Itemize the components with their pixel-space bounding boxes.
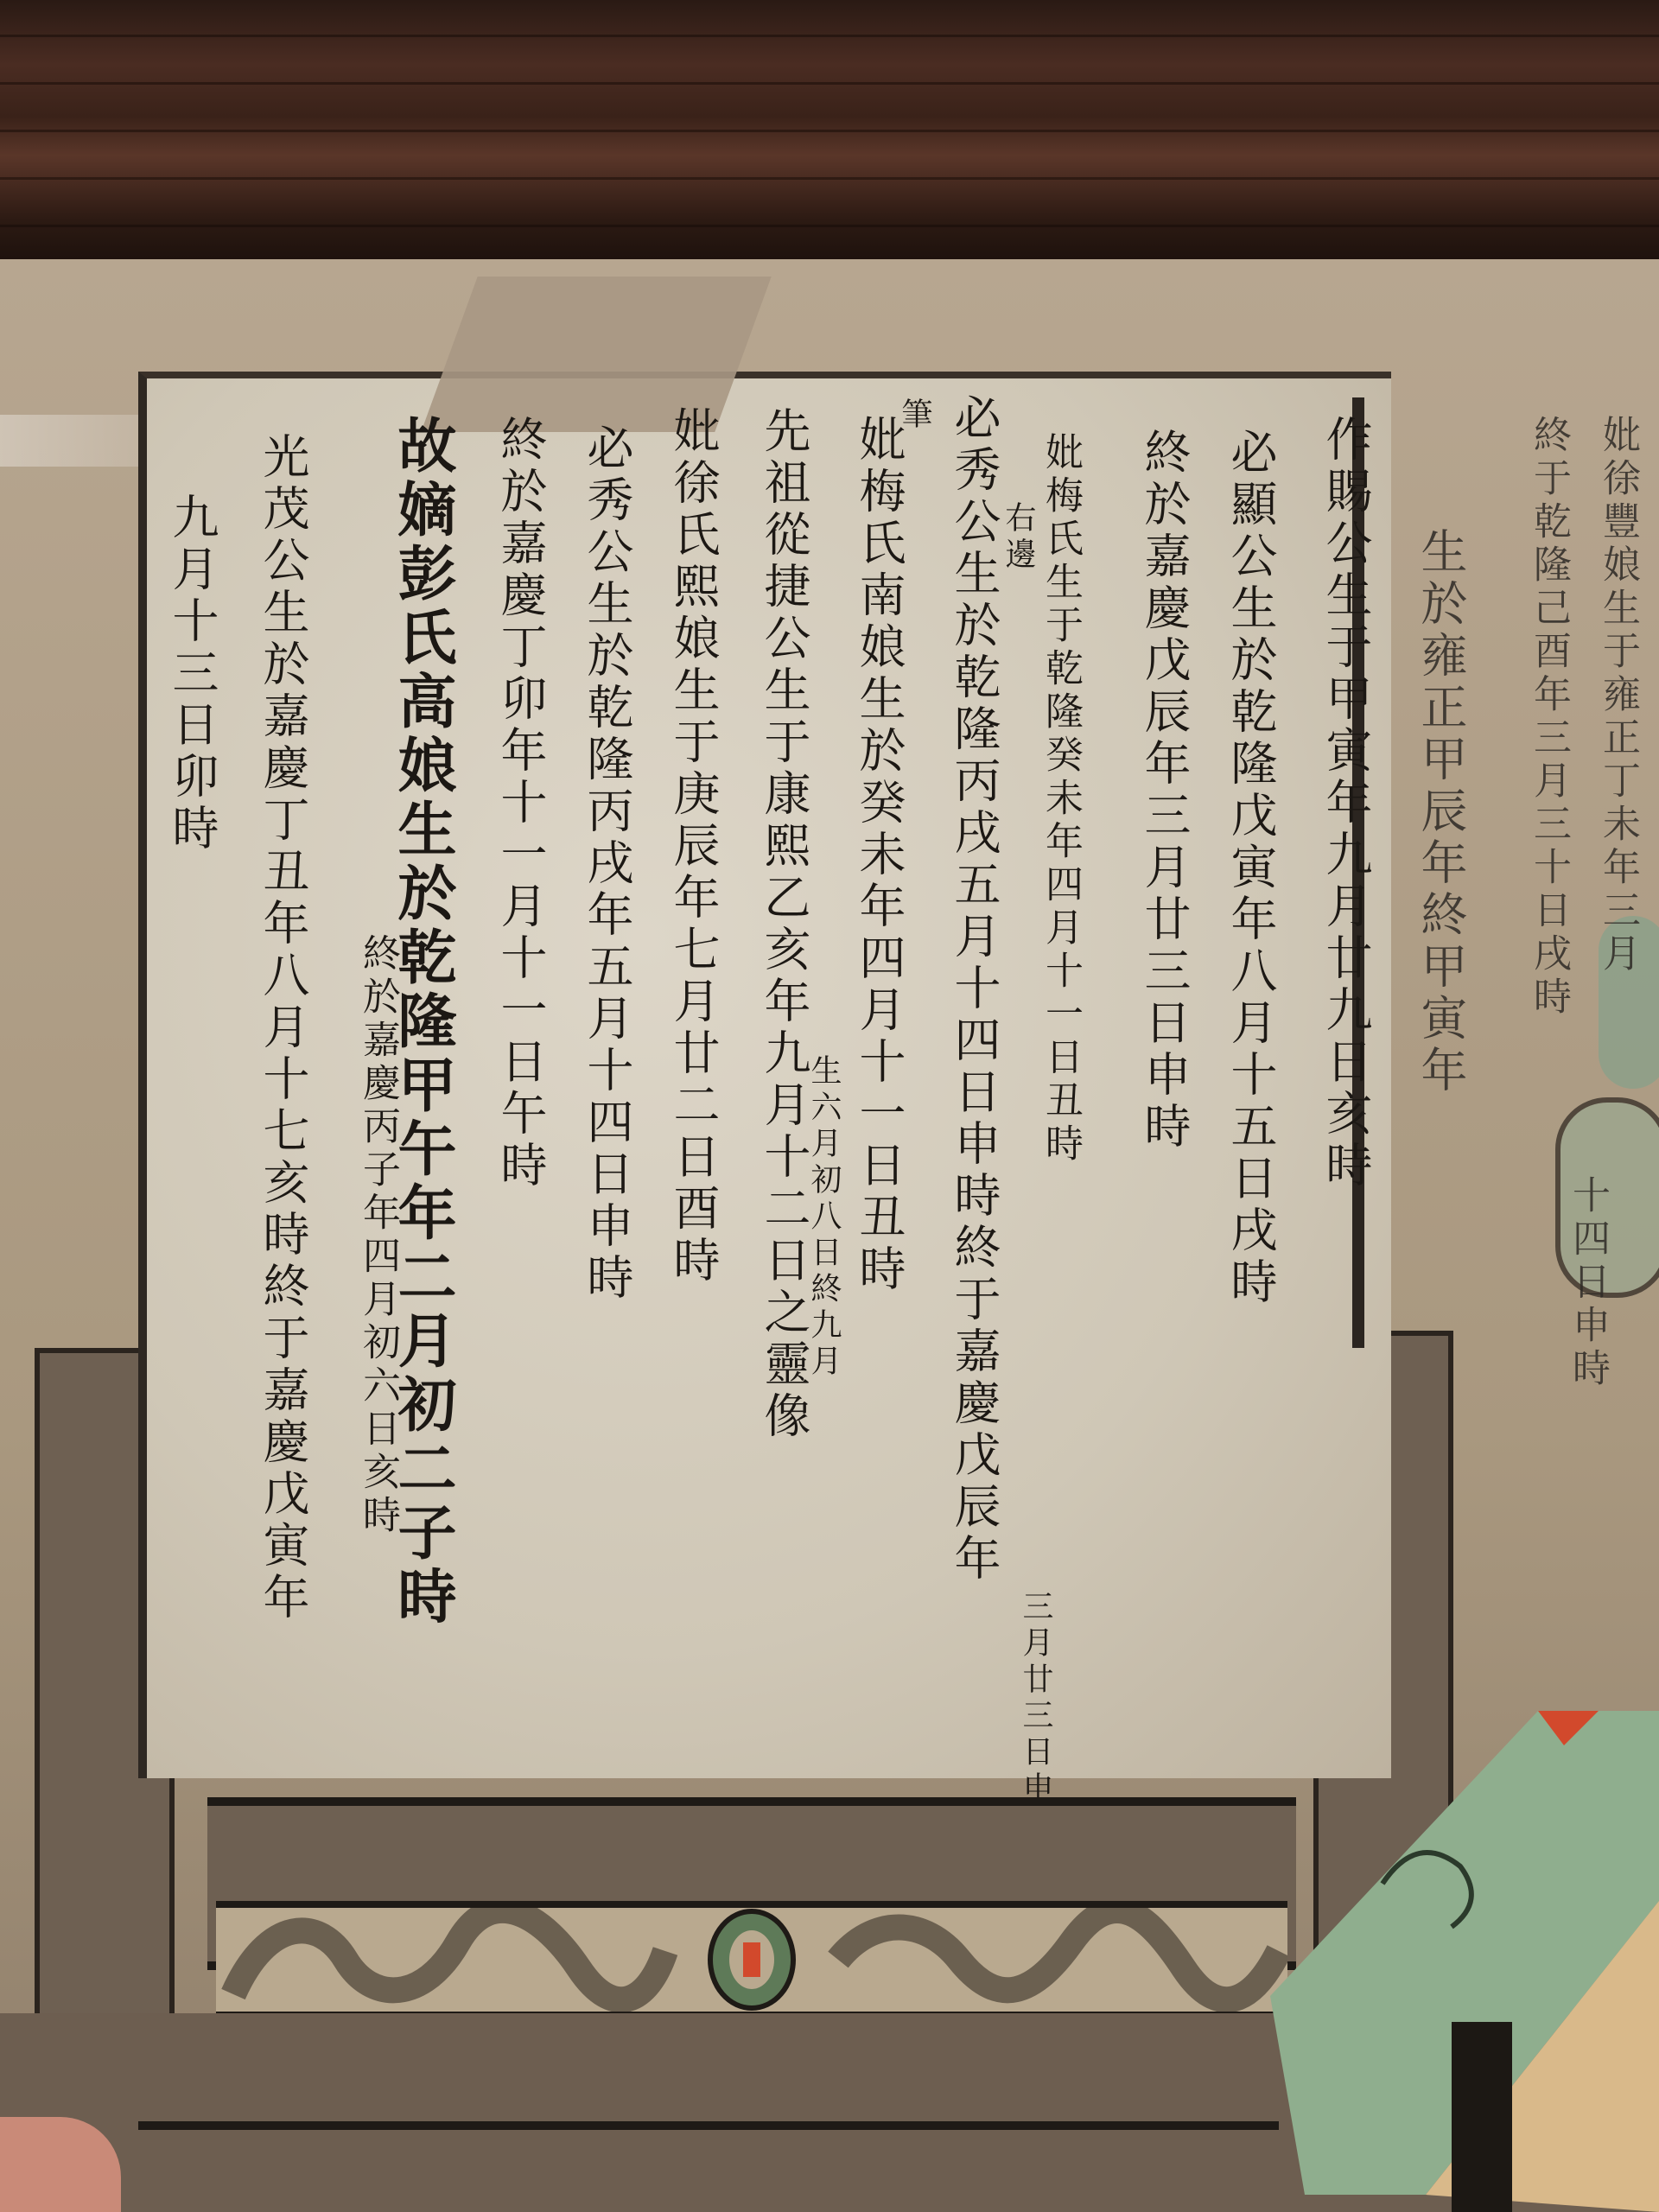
- outer-column-2: 終于乾隆己酉年三月三十日戌時: [1529, 415, 1567, 1020]
- wooden-frame-top: [0, 0, 1659, 259]
- scroll-pattern-icon: [216, 1908, 1287, 2012]
- panel-column-13: 光茂公生於嘉慶丁丑年八月十七亥時終于嘉慶戊寅年: [259, 432, 306, 1624]
- cloud-scroll-ornament-band: [216, 1901, 1287, 2020]
- annotation-birth-death: 生六月初八日終九月: [808, 1054, 839, 1381]
- figure-robe-icon: [1253, 1711, 1659, 2212]
- panel-column-12: 終於嘉慶丙子年四月初六日亥時: [359, 933, 397, 1538]
- outer-column-1: 妣徐豐娘生于雍正丁未年三月: [1599, 415, 1637, 976]
- outer-column-4: 十四日申時: [1568, 1175, 1606, 1391]
- panel-column-1: 作賜公生于甲寅年九月廿九日亥時: [1322, 415, 1369, 1192]
- panel-column-14: 九月十三日卯時: [168, 493, 215, 855]
- outer-column-3: 生於雍正甲辰年終甲寅年: [1417, 527, 1464, 1097]
- base-line: [138, 2121, 1279, 2130]
- panel-column-4: 妣梅氏生于乾隆癸未年四月十一日丑時: [1041, 432, 1079, 1166]
- panel-column-11: 故嫡彭氏高娘生於乾隆甲午年二月初二子時: [393, 415, 452, 1630]
- panel-column-9: 必秀公生於乾隆丙戌年五月十四日申時: [583, 423, 630, 1305]
- panel-column-7: 先祖從捷公生于康熙乙亥年九月十二日之靈像: [760, 406, 807, 1443]
- annotation-right-side: 右邊: [1002, 501, 1033, 574]
- panel-column-10: 終於嘉慶丁卯年十一月十一日午時: [497, 415, 543, 1192]
- panel-column-8: 妣徐氏熙娘生于庚辰年七月廿二日酉時: [670, 406, 716, 1287]
- panel-column-3: 終於嘉慶戊辰年三月廿三日申時: [1141, 428, 1187, 1154]
- panel-column-5: 必秀公生於乾隆丙戌五月十四日申時終于嘉慶戊辰年: [950, 393, 997, 1586]
- panel-column-2: 必顯公生於乾隆戊寅年八月十五日戌時: [1227, 428, 1274, 1309]
- panel-column-6: 妣梅氏南娘生於癸未年四月十一日丑時: [855, 415, 902, 1296]
